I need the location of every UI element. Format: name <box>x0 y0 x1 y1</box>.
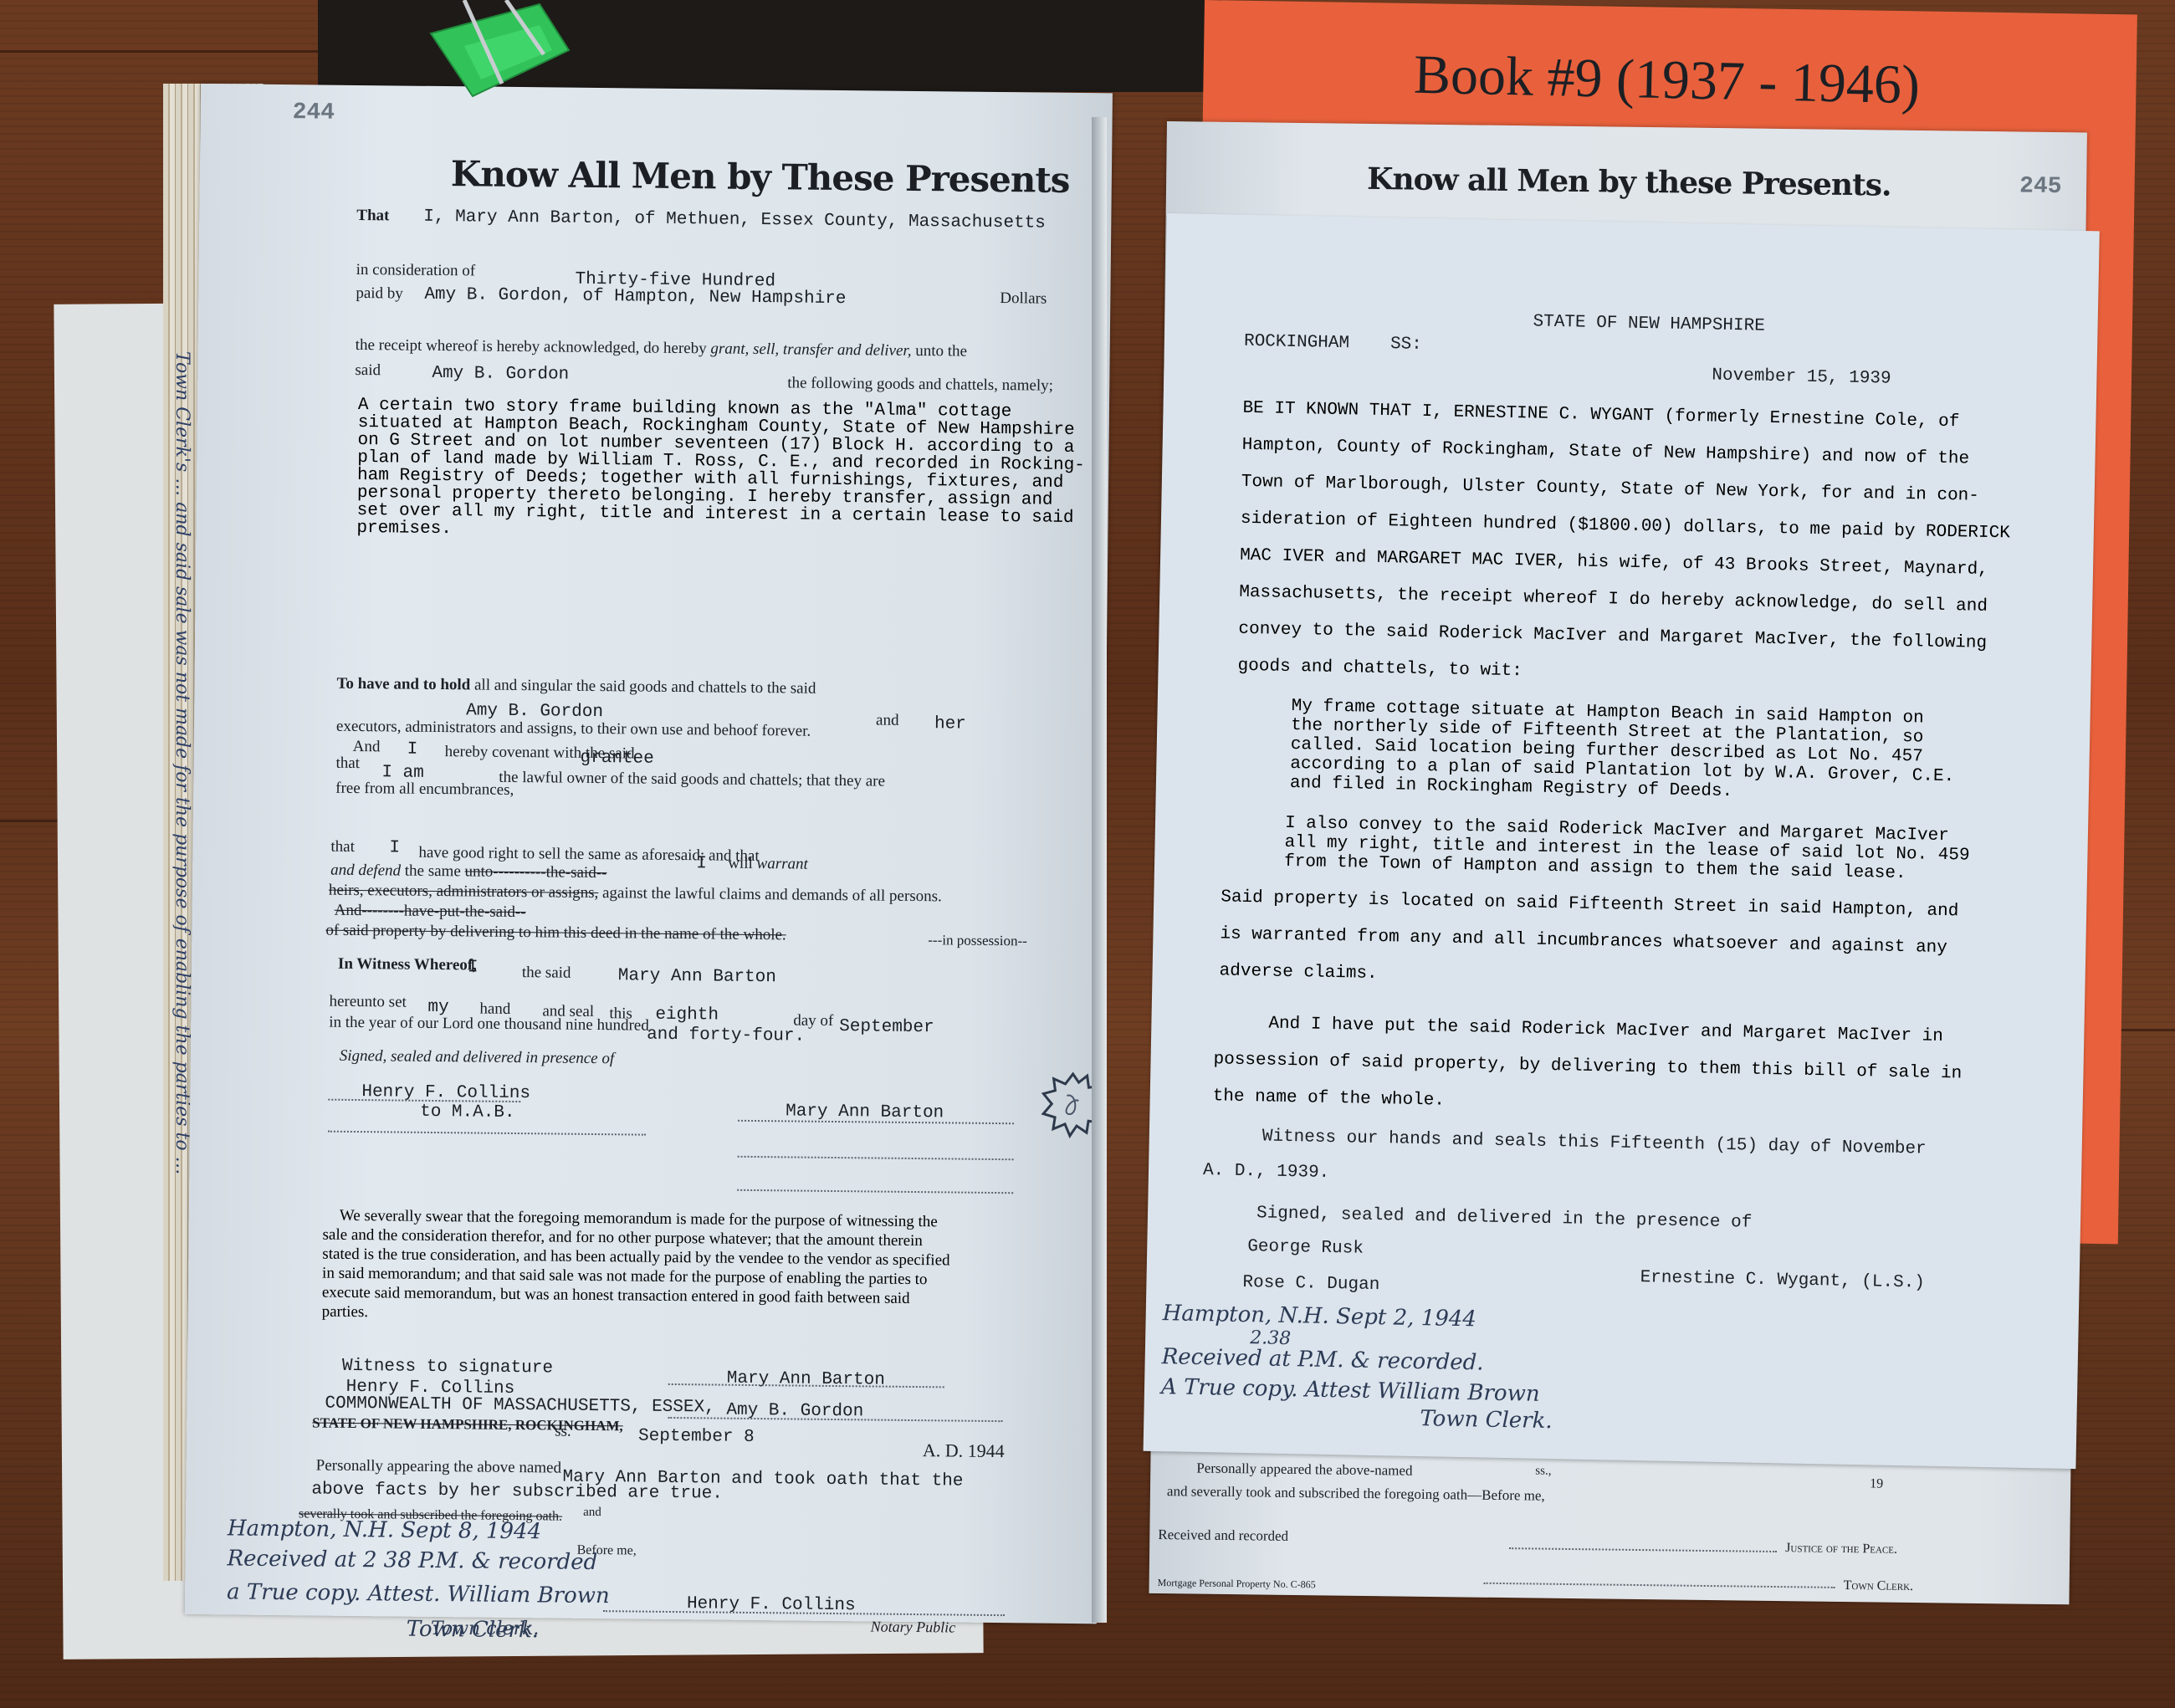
wood-seam <box>0 50 335 53</box>
receipt-text-2: unto the <box>915 342 967 361</box>
signer-signature: Mary Ann Barton <box>786 1102 944 1122</box>
consideration-label: in consideration of <box>356 261 476 280</box>
signed-label: Signed, sealed and delivered in the pres… <box>1256 1204 1753 1232</box>
witness-name: Mary Ann Barton <box>618 966 776 987</box>
witness-note: to M.A.B. <box>420 1102 515 1122</box>
oath-block: We severally swear that the foregoing me… <box>322 1206 951 1328</box>
form-title: Know all Men by these Presents. <box>1367 161 1891 203</box>
receipt-text: the receipt whereof is hereby acknowledg… <box>356 336 968 361</box>
against-text: against the lawful claims and demands of… <box>602 884 942 905</box>
folder-label: Book #9 (1937 - 1946) <box>1413 43 1920 118</box>
struck-text: heirs, executors, administrators or assi… <box>329 882 599 902</box>
form-clerk: Town Clerk. <box>1844 1578 1914 1594</box>
witness-year: A. D., 1939. <box>1203 1161 1330 1183</box>
same: the same <box>405 862 461 881</box>
signature-line <box>1509 1547 1777 1552</box>
month: September <box>839 1017 934 1037</box>
hereunto: hereunto set <box>329 993 407 1012</box>
warrant: warrant <box>756 855 807 873</box>
executors-text: executors, administrators and assigns, t… <box>336 718 811 741</box>
year-value: and forty-four. <box>647 1025 805 1046</box>
signer: Ernestine C. Wygant, (L.S.) <box>1640 1268 1925 1293</box>
habendum-text: all and singular the said goods and chat… <box>474 676 816 697</box>
binder-clip-icon <box>414 0 573 100</box>
book-gutter <box>1092 117 1107 1623</box>
property-block: Said property is located on said Fifteen… <box>1219 879 1959 1004</box>
page-number: 244 <box>292 100 335 126</box>
signed-label: Signed, sealed and delivered in presence… <box>340 1047 615 1068</box>
form-ss: ss., <box>1535 1465 1551 1479</box>
ad-value: A. D. 1944 <box>923 1440 1005 1462</box>
witness-1: George Rusk <box>1247 1237 1364 1259</box>
struck-state: STATE OF NEW HAMPSHIRE, ROCKINGHAM, <box>312 1414 623 1434</box>
handwritten-note: Received at P.M. & recorded. <box>1161 1344 1483 1375</box>
paid-by-label: paid by <box>356 284 403 304</box>
page-number: 245 <box>2019 173 2062 200</box>
said-value: Amy B. Gordon <box>432 364 569 385</box>
witness-2: Rose C. Dugan <box>1242 1273 1379 1295</box>
county: ROCKINGHAM <box>1244 332 1349 353</box>
pronoun: her <box>934 714 966 734</box>
margin-handwriting: Town Clerk's … and said sale was not mad… <box>171 351 192 1175</box>
grantee-word: grantee <box>580 749 653 769</box>
description-block: A certain two story frame building known… <box>356 396 1085 545</box>
witness-label: In Witness Whereof, <box>338 955 477 975</box>
witness-line: Witness our hands and seals this Fifteen… <box>1262 1127 1927 1158</box>
facts-text: above facts by her subscribed are true. <box>311 1480 723 1503</box>
in-possession: ---in possession-- <box>928 932 1027 949</box>
signature-line <box>737 1189 1013 1194</box>
lease-block: I also convey to the said Roderick MacIv… <box>1284 814 1970 885</box>
state-heading: STATE OF NEW HAMPSHIRE <box>1533 312 1765 335</box>
cottage-block: My frame cottage situate at Hampton Beac… <box>1290 697 1956 805</box>
commonwealth: COMMONWEALTH OF MASSACHUSETTS, ESSEX, <box>325 1394 714 1418</box>
handwritten-note: Received at 2 38 P.M. & recorded <box>227 1546 597 1575</box>
that-label-2: that <box>335 754 360 773</box>
personally-label: Personally appearing the above named <box>316 1457 562 1478</box>
signature-line <box>328 1131 646 1136</box>
signature-line <box>738 1120 1014 1124</box>
defend-line: and defend the same unto----------the-sa… <box>330 862 606 882</box>
possession-block: And I have put the said Roderick MacIver… <box>1212 1005 1963 1129</box>
handwritten-note: Town Clerk. <box>407 1617 540 1644</box>
grantor-line: I, Mary Ann Barton, of Methuen, Essex Co… <box>423 207 1046 233</box>
handwritten-note: Town Clerk. <box>1420 1406 1553 1434</box>
receipt-text-1: the receipt whereof is hereby acknowledg… <box>356 336 707 357</box>
form-number: Mortgage Personal Property No. C-865 <box>1158 1577 1316 1591</box>
and2: And <box>353 738 381 756</box>
warranty-i: I <box>389 838 400 857</box>
paid-by-value: Amy B. Gordon, of Hampton, New Hampshire <box>424 285 846 309</box>
signature-line <box>1484 1583 1835 1588</box>
that-label: That <box>356 207 389 225</box>
year-text: in the year of our Lord one thousand nin… <box>329 1014 649 1036</box>
form-title: Know All Men by These Presents <box>451 153 1070 201</box>
signature-line <box>738 1156 1014 1160</box>
handwritten-note: Hampton, N.H. Sept 8, 1944 <box>228 1516 541 1544</box>
will-text: will warrant <box>728 855 808 874</box>
handwritten-note: a True copy. Attest. William Brown <box>227 1579 610 1608</box>
body-block: BE IT KNOWN THAT I, ERNESTINE C. WYGANT … <box>1237 391 2013 700</box>
form-severally: and severally took and subscribed the fo… <box>1167 1483 1545 1505</box>
habendum-label: To have and to hold <box>336 675 470 694</box>
document-date: November 15, 1939 <box>1712 366 1891 389</box>
handwritten-note: A True copy. Attest William Brown <box>1161 1374 1540 1407</box>
and-small: and <box>583 1506 601 1520</box>
ss: ss. <box>555 1423 571 1441</box>
following-label: the following goods and chattels, namely… <box>787 374 1053 395</box>
bill-of-sale-insert: STATE OF NEW HAMPSHIRE ROCKINGHAM SS: No… <box>1144 213 2100 1469</box>
notary-label: Notary Public <box>871 1618 956 1636</box>
dollars-label: Dollars <box>1000 289 1047 309</box>
struck-text: of said property by delivering to him th… <box>325 922 786 945</box>
and-label: and <box>876 711 899 729</box>
receipt-grant: grant, sell, transfer and deliver, <box>710 340 911 360</box>
day-value: eighth <box>655 1005 719 1025</box>
free-text: free from all encumbrances, <box>335 780 514 800</box>
defend: and defend <box>330 862 401 880</box>
form-19: 19 <box>1870 1476 1883 1491</box>
warranty-i2: I <box>696 854 707 873</box>
owner-text: the lawful owner of the said goods and c… <box>499 769 885 791</box>
warranty-that: that <box>330 838 355 857</box>
form-received: Received and recorded <box>1158 1526 1288 1545</box>
said-label: said <box>355 361 381 380</box>
habendum-line: To have and to hold all and singular the… <box>336 675 816 698</box>
will: will <box>728 855 753 872</box>
struck-text: And--------have-put-the-said-- <box>335 902 526 922</box>
ss: SS: <box>1390 335 1422 355</box>
handwritten-note: Hampton, N.H. Sept 2, 1944 <box>1162 1301 1476 1332</box>
form-jp: Justice of the Peace. <box>1785 1541 1897 1557</box>
date-value: September 8 <box>638 1427 755 1447</box>
witness-to-signature: Witness to signature <box>342 1357 553 1378</box>
witness-i: I <box>468 958 478 977</box>
struck-text: unto----------the-said-- <box>464 862 606 882</box>
the-said: the said <box>522 964 571 983</box>
left-page: 244 Know All Men by These Presents That … <box>185 84 1113 1624</box>
form-personally: Personally appeared the above-named <box>1196 1460 1412 1480</box>
i1: I <box>407 740 418 759</box>
